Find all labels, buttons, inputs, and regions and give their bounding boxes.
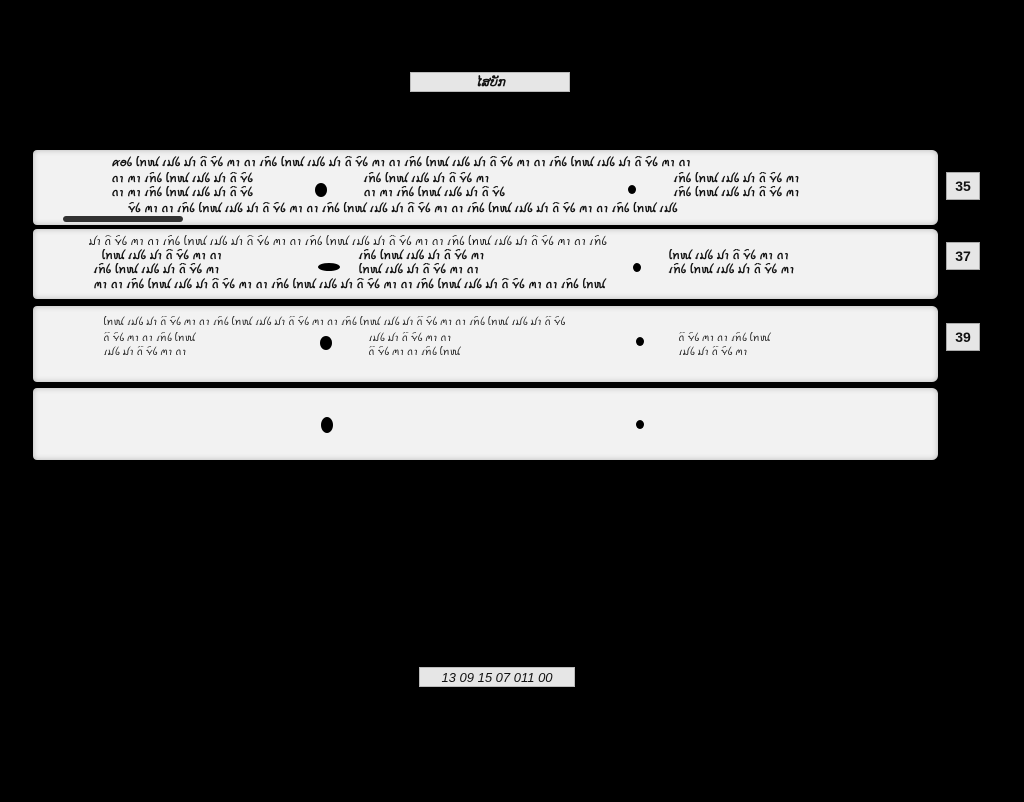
leaf-text-line: ꪹꪀꪸꪉ ꪶꪀꪘ ꪹꪣꪉ ꪣꪱ ꪒꪲ ꪩꪸꪉ ꪔꪱ — [673, 172, 873, 185]
archive-code-label: 13 09 15 07 011 00 — [419, 667, 575, 687]
leaf-text-line: ꪹꪀꪸꪉ ꪶꪀꪘ ꪹꪣꪉ ꪣꪱ ꪒꪲ ꪩꪸꪉ ꪔꪱ — [673, 186, 873, 199]
palm-leaf-1: ꪁꪮꪉ ꪶꪀꪘ ꪹꪣꪉ ꪣꪱ ꪒꪲ ꪩꪸꪉ ꪔꪱ ꪒꪱ ꪹꪀꪸꪉ ꪶꪀꪘ ꪹꪣꪉ… — [33, 150, 938, 225]
binding-hole — [315, 183, 327, 197]
binding-hole — [318, 263, 340, 271]
leaf-text-line: ꪒꪲ ꪩꪸꪉ ꪔꪱ ꪒꪱ ꪹꪀꪸꪉ ꪶꪀꪘ — [678, 332, 868, 345]
leaf-text-line: ꪒꪱ ꪔꪱ ꪹꪀꪸꪉ ꪶꪀꪘ ꪹꪣꪉ ꪣꪱ ꪒꪲ ꪩꪸꪉ — [111, 186, 311, 199]
leaf-text-line: ꪹꪣꪉ ꪣꪱ ꪒꪲ ꪩꪸꪉ ꪔꪱ ꪒꪱ — [368, 332, 588, 345]
leaf-text-line: ꪹꪀꪸꪉ ꪶꪀꪘ ꪹꪣꪉ ꪣꪱ ꪒꪲ ꪩꪸꪉ ꪔꪱ — [93, 263, 303, 276]
palm-leaf-3: ꪶꪀꪘ ꪹꪣꪉ ꪣꪱ ꪒꪲ ꪩꪸꪉ ꪔꪱ ꪒꪱ ꪹꪀꪸꪉ ꪶꪀꪘ ꪹꪣꪉ ꪣꪱ … — [33, 306, 938, 382]
binding-hole — [636, 420, 644, 429]
leaf-text-line: ꪹꪣꪉ ꪣꪱ ꪒꪲ ꪩꪸꪉ ꪔꪱ ꪒꪱ — [678, 346, 748, 359]
leaf-text-line: ꪹꪀꪸꪉ ꪶꪀꪘ ꪹꪣꪉ ꪣꪱ ꪒꪲ ꪩꪸꪉ ꪔꪱ — [358, 249, 573, 262]
binding-hole — [636, 337, 644, 346]
leaf-text-line: ꪹꪀꪸꪉ ꪶꪀꪘ ꪹꪣꪉ ꪣꪱ ꪒꪲ ꪩꪸꪉ ꪔꪱ — [363, 172, 573, 185]
leaf-text-line: ꪒꪲ ꪩꪸꪉ ꪔꪱ ꪒꪱ ꪹꪀꪸꪉ ꪶꪀꪘ — [103, 332, 303, 345]
palm-leaf-2: ꪣꪱ ꪒꪲ ꪩꪸꪉ ꪔꪱ ꪒꪱ ꪹꪀꪸꪉ ꪶꪀꪘ ꪹꪣꪉ ꪣꪱ ꪒꪲ ꪩꪸꪉ ꪔ… — [33, 229, 938, 299]
palm-leaf-4-blank — [33, 388, 938, 460]
ink-smear — [63, 216, 183, 222]
leaf-text-line: ꪩꪸꪉ ꪔꪱ ꪒꪱ ꪹꪀꪸꪉ ꪶꪀꪘ ꪹꪣꪉ ꪣꪱ ꪒꪲ ꪩꪸꪉ ꪔꪱ ꪒꪱ ꪹ… — [128, 202, 923, 215]
leaf-text-line: ꪣꪱ ꪒꪲ ꪩꪸꪉ ꪔꪱ ꪒꪱ ꪹꪀꪸꪉ ꪶꪀꪘ ꪹꪣꪉ ꪣꪱ ꪒꪲ ꪩꪸꪉ ꪔ… — [88, 235, 918, 248]
binding-hole — [633, 263, 641, 272]
leaf-text-line: ꪔꪱ ꪒꪱ ꪹꪀꪸꪉ ꪶꪀꪘ ꪹꪣꪉ ꪣꪱ ꪒꪲ ꪩꪸꪉ ꪔꪱ ꪒꪱ ꪹꪀꪸꪉ … — [93, 278, 923, 291]
page-number-39: 39 — [946, 323, 980, 351]
leaf-text-line: ꪶꪀꪘ ꪹꪣꪉ ꪣꪱ ꪒꪲ ꪩꪸꪉ ꪔꪱ ꪒꪱ ꪹꪀꪸꪉ ꪶꪀꪘ ꪹꪣꪉ ꪣꪱ … — [103, 316, 903, 329]
binding-hole — [320, 336, 332, 350]
page-number-35: 35 — [946, 172, 980, 200]
page-number-37: 37 — [946, 242, 980, 270]
leaf-text-line: ꪹꪣꪉ ꪣꪱ ꪒꪲ ꪩꪸꪉ ꪔꪱ ꪒꪱ — [103, 346, 303, 359]
leaf-text-line: ꪒꪱ ꪔꪱ ꪹꪀꪸꪉ ꪶꪀꪘ ꪹꪣꪉ ꪣꪱ ꪒꪲ ꪩꪸꪉ — [111, 172, 311, 185]
leaf-text-line: ꪒꪲ ꪩꪸꪉ ꪔꪱ ꪒꪱ ꪹꪀꪸꪉ ꪶꪀꪘ — [368, 346, 568, 359]
leaf-text-line: ꪁꪮꪉ ꪶꪀꪘ ꪹꪣꪉ ꪣꪱ ꪒꪲ ꪩꪸꪉ ꪔꪱ ꪒꪱ ꪹꪀꪸꪉ ꪶꪀꪘ ꪹꪣꪉ… — [111, 156, 921, 169]
leaf-text-line: ꪹꪀꪸꪉ ꪶꪀꪘ ꪹꪣꪉ ꪣꪱ ꪒꪲ ꪩꪸꪉ ꪔꪱ — [668, 263, 908, 276]
leaf-text-line: ꪶꪀꪘ ꪹꪣꪉ ꪣꪱ ꪒꪲ ꪩꪸꪉ ꪔꪱ ꪒꪱ — [358, 263, 573, 276]
leaf-text-line: ꪶꪀꪘ ꪹꪣꪉ ꪣꪱ ꪒꪲ ꪩꪸꪉ ꪔꪱ ꪒꪱ — [668, 249, 908, 262]
leaf-text-line: ꪒꪱ ꪔꪱ ꪹꪀꪸꪉ ꪶꪀꪘ ꪹꪣꪉ ꪣꪱ ꪒꪲ ꪩꪸꪉ — [363, 186, 573, 199]
binding-hole — [321, 417, 333, 433]
binding-hole — [628, 185, 636, 194]
manuscript-title-label: ໄສບັກ — [410, 72, 570, 92]
leaf-text-line: ꪶꪀꪘ ꪹꪣꪉ ꪣꪱ ꪒꪲ ꪩꪸꪉ ꪔꪱ ꪒꪱ — [101, 249, 301, 262]
